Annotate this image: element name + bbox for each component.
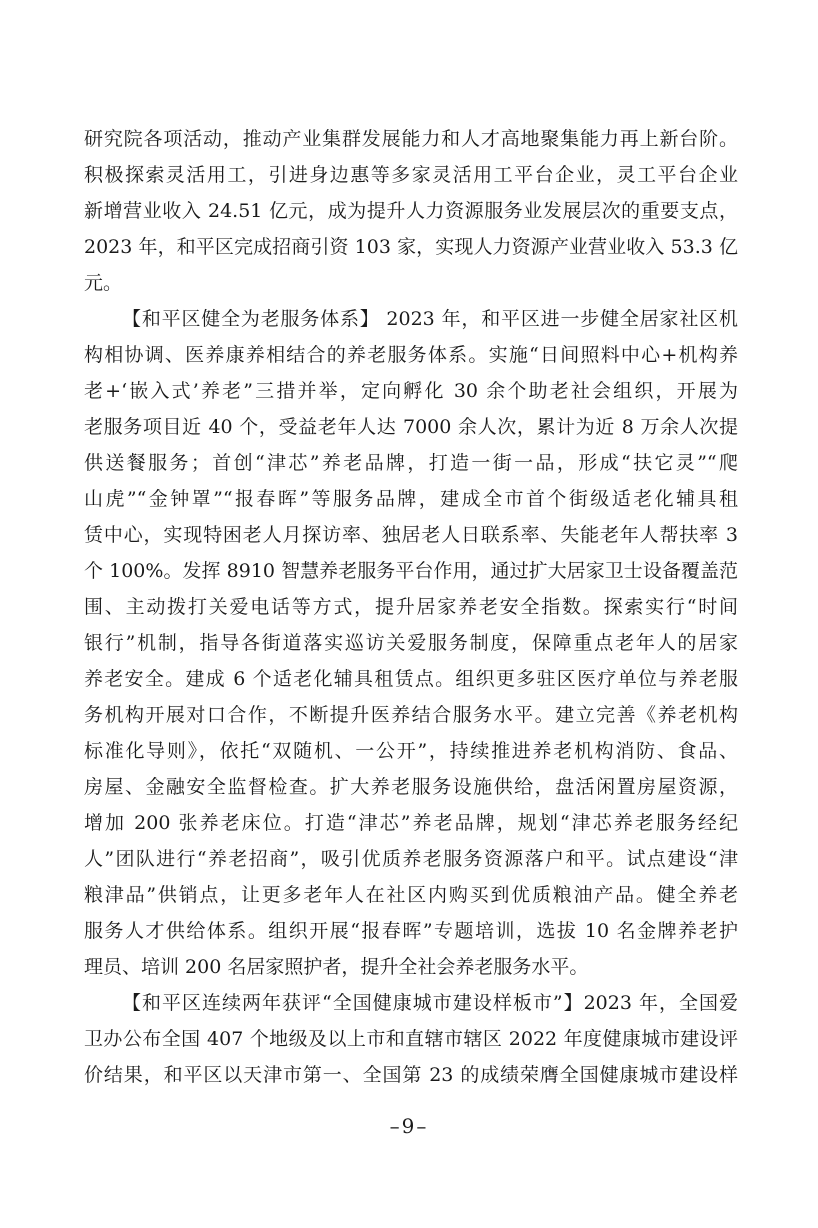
document-body: 研究院各项活动，推动产业集群发展能力和人才高地聚集能力再上新台阶。积极探索灵活用…	[84, 121, 738, 1093]
paragraph: 【和平区连续两年获评“全国健康城市建设样板市”】2023 年，全国爱卫办公布全国…	[84, 985, 738, 1093]
text-line: 标准化导则》，依托“双随机、一公开”，持续推进养老机构消防、食品、	[84, 733, 738, 769]
page-number: –9–	[0, 1108, 818, 1144]
text-line: 研究院各项活动，推动产业集群发展能力和人才高地聚集能力再上新台阶。	[84, 121, 738, 157]
text-line: 构相协调、医养康养相结合的养老服务体系。实施“日间照料中心+机构养	[84, 337, 738, 373]
paragraph: 研究院各项活动，推动产业集群发展能力和人才高地聚集能力再上新台阶。积极探索灵活用…	[84, 121, 738, 301]
text-line: 山虎”“金钟罩”“报春晖”等服务品牌，建成全市首个街级适老化辅具租	[84, 481, 738, 517]
text-line: 人”团队进行“养老招商”，吸引优质养老服务资源落户和平。试点建设“津	[84, 841, 738, 877]
text-line: 【和平区健全为老服务体系】 2023 年，和平区进一步健全居家社区机	[84, 301, 738, 337]
document-page: 研究院各项活动，推动产业集群发展能力和人才高地聚集能力再上新台阶。积极探索灵活用…	[0, 0, 818, 1228]
text-line: 理员、培训 200 名居家照护者，提升全社会养老服务水平。	[84, 949, 738, 985]
text-line: 供送餐服务；首创“津芯”养老品牌，打造一街一品，形成“扶它灵”“爬	[84, 445, 738, 481]
text-line: 赁中心，实现特困老人月探访率、独居老人日联系率、失能老年人帮扶率 3	[84, 517, 738, 553]
text-line: 银行”机制，指导各街道落实巡访关爱服务制度，保障重点老年人的居家	[84, 625, 738, 661]
text-line: 2023 年，和平区完成招商引资 103 家，实现人力资源产业营业收入 53.3…	[84, 229, 738, 265]
text-line: 粮津品”供销点，让更多老年人在社区内购买到优质粮油产品。健全养老	[84, 877, 738, 913]
text-line: 增加 200 张养老床位。打造“津芯”养老品牌，规划“津芯养老服务经纪	[84, 805, 738, 841]
text-line: 新增营业收入 24.51 亿元，成为提升人力资源服务业发展层次的重要支点，	[84, 193, 738, 229]
paragraph: 【和平区健全为老服务体系】 2023 年，和平区进一步健全居家社区机构相协调、医…	[84, 301, 738, 985]
text-line: 养老安全。建成 6 个适老化辅具租赁点。组织更多驻区医疗单位与养老服	[84, 661, 738, 697]
text-line: 价结果，和平区以天津市第一、全国第 23 的成绩荣膺全国健康城市建设样	[84, 1057, 738, 1093]
text-line: 积极探索灵活用工，引进身边惠等多家灵活用工平台企业，灵工平台企业	[84, 157, 738, 193]
text-line: 围、主动拨打关爱电话等方式，提升居家养老安全指数。探索实行“时间	[84, 589, 738, 625]
text-line: 卫办公布全国 407 个地级及以上市和直辖市辖区 2022 年度健康城市建设评	[84, 1021, 738, 1057]
text-line: 【和平区连续两年获评“全国健康城市建设样板市”】2023 年，全国爱	[84, 985, 738, 1021]
text-line: 老+‘嵌入式’养老”三措并举，定向孵化 30 余个助老社会组织，开展为	[84, 373, 738, 409]
text-line: 房屋、金融安全监督检查。扩大养老服务设施供给，盘活闲置房屋资源，	[84, 769, 738, 805]
text-line: 务机构开展对口合作，不断提升医养结合服务水平。建立完善《养老机构	[84, 697, 738, 733]
text-line: 老服务项目近 40 个，受益老年人达 7000 余人次，累计为近 8 万余人次提	[84, 409, 738, 445]
text-line: 个 100%。发挥 8910 智慧养老服务平台作用，通过扩大居家卫士设备覆盖范	[84, 553, 738, 589]
text-line: 元。	[84, 265, 738, 301]
text-line: 服务人才供给体系。组织开展“报春晖”专题培训，选拔 10 名金牌养老护	[84, 913, 738, 949]
